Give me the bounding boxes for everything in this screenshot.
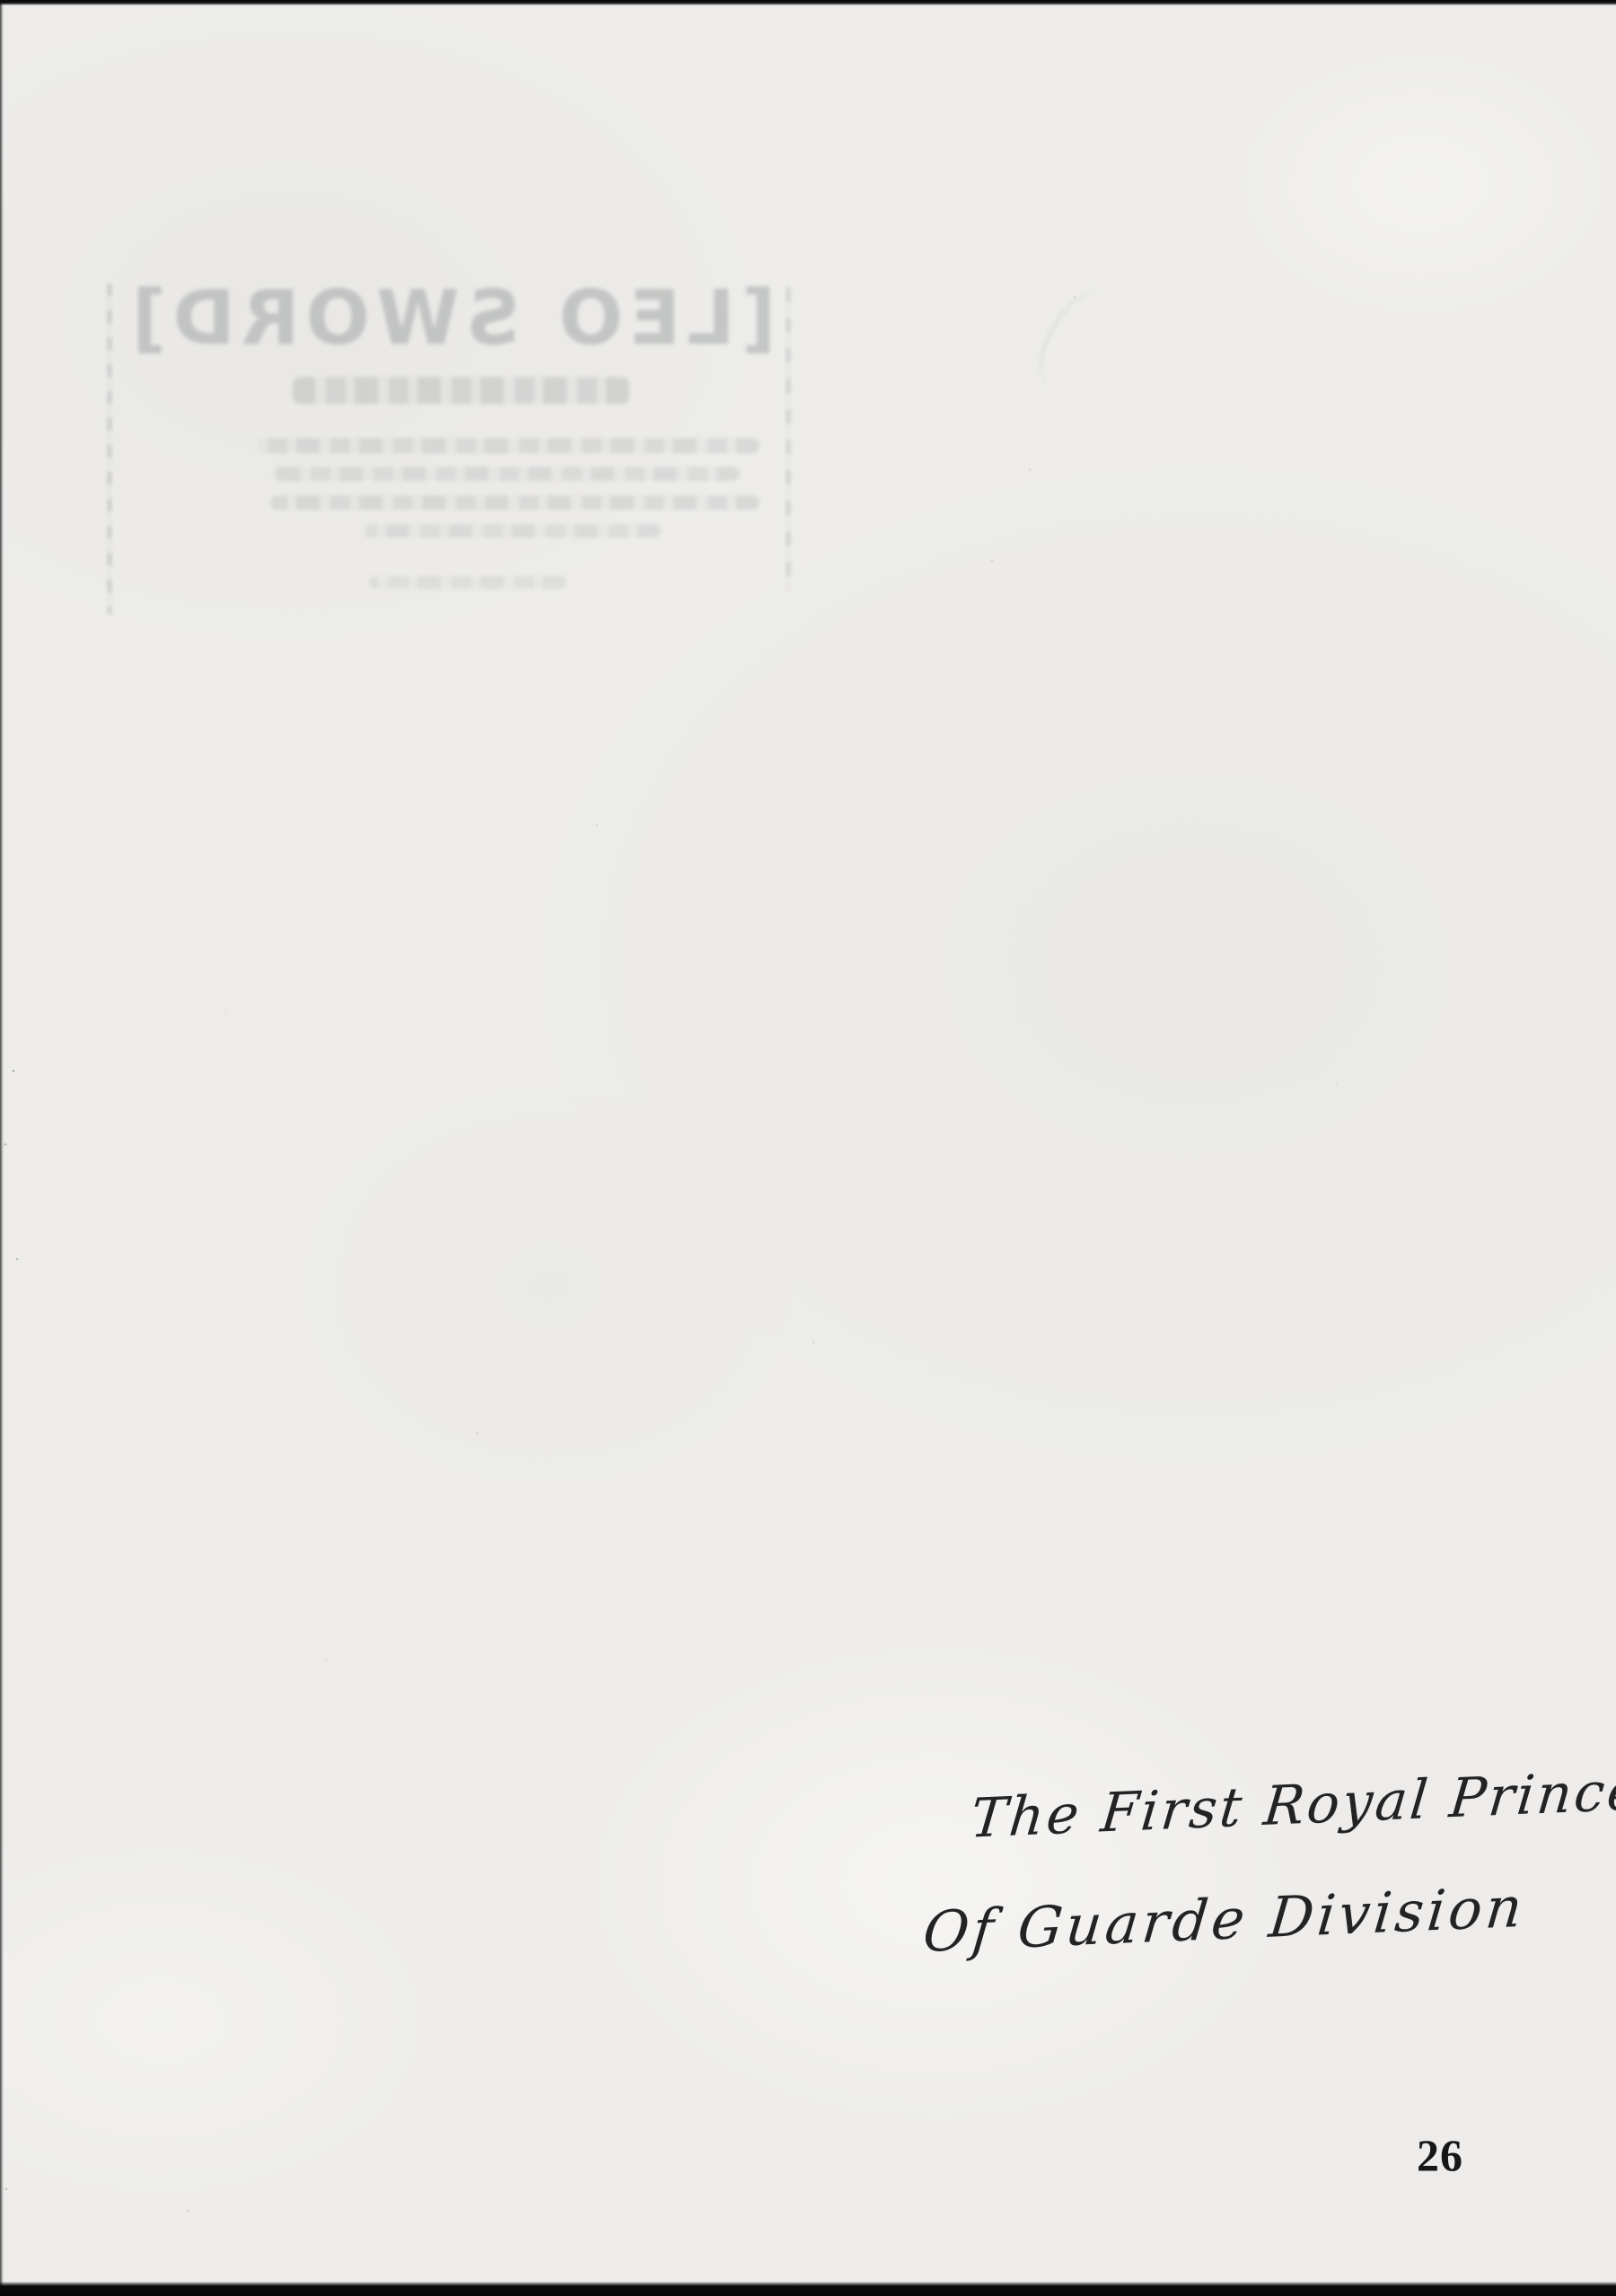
bleedthrough-scribble	[1029, 278, 1124, 399]
bleedthrough-frame-edge	[786, 287, 790, 592]
scan-edge-bottom	[0, 2282, 1616, 2296]
bleedthrough-frame-edge	[108, 284, 111, 614]
bleedthrough-title: [LEO SWORD]	[106, 280, 795, 355]
bleedthrough-bracket-close: ]	[126, 274, 166, 362]
bleedthrough-smudge-line	[369, 576, 566, 589]
handwriting-line-1: The First Royal Princess	[968, 1760, 1616, 1851]
bleedthrough-smudge-line	[293, 377, 629, 404]
handwritten-inscription: The First Royal Princess Of Guarde Divis…	[918, 1760, 1616, 1964]
scanned-page: [LEO SWORD] The First Royal Princess Of …	[0, 0, 1616, 2296]
bleedthrough-smudge-line	[257, 438, 760, 453]
bleedthrough-title-text: LEO SWORD	[166, 274, 735, 362]
scan-edge-top	[0, 0, 1616, 5]
bleedthrough-smudge-line	[270, 495, 760, 510]
bleedthrough-block: [LEO SWORD]	[106, 280, 795, 630]
handwriting-line-2: Of Guarde Division	[920, 1870, 1616, 1965]
bleedthrough-smudge-line	[273, 467, 740, 481]
scan-edge-left	[0, 0, 4, 2296]
bleedthrough-bracket-open: [	[735, 274, 776, 362]
page-number: 26	[1417, 2129, 1463, 2181]
bleedthrough-smudge-line	[364, 524, 661, 538]
